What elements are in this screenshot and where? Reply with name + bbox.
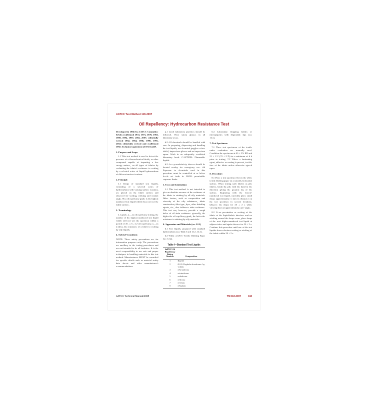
table-title: Table I—Standard Test Liquids — [163, 244, 205, 247]
cell-rating: 8 — [163, 284, 177, 288]
viewer-canvas: AATCC Test Method 118-2007 Oil Repellenc… — [0, 0, 368, 420]
paragraph: 5.1 This test method is not intended to … — [163, 188, 205, 221]
section-heading-procedure: 8. Procedure — [210, 173, 252, 176]
document-page: AATCC Test Method 118-2007 Oil Repellenc… — [108, 104, 260, 310]
paragraph: 4.3 An eyewash/safety shower should be l… — [163, 164, 205, 182]
section-heading-purpose: 1. Purpose and Scope — [116, 151, 158, 154]
paragraph: 3.1 grade, n.—in oil repellency testing,… — [116, 214, 158, 232]
table-header-rating: AATCC Oil Repellency Rating Number — [163, 248, 177, 259]
cell-composition: n-heptane — [177, 284, 205, 288]
footer-manual-name: AATCC Technical Manual/2008 — [116, 296, 149, 299]
column-right: 6.3 Laboratory dropping bottles or micro… — [210, 131, 252, 292]
paragraph: 6.3 Laboratory dropping bottles or micro… — [210, 131, 252, 140]
footer-method-number: TM 118-2007 — [227, 296, 241, 299]
text-columns: Developed in 1966 by AATCC Committee RA5… — [116, 131, 252, 292]
paragraph: 8.1 Place a test specimen flat on the wh… — [210, 177, 252, 210]
method-number-header: AATCC Test Method 118-2007 — [116, 113, 252, 116]
section-heading-specimens: 7. Test Specimens — [210, 142, 252, 145]
table-header-composition: Composition — [177, 248, 205, 259]
column-middle: 4.1 Good laboratory practices should be … — [163, 131, 205, 292]
safety-note-paragraph: NOTE: These safety precautions are for i… — [116, 238, 158, 268]
paragraph: 7.1 Three test specimens of the textile … — [210, 147, 252, 171]
paragraph: 1.1 This test method is used to detect t… — [116, 156, 158, 177]
paragraph: 4.2 All chemicals should be handled with… — [163, 141, 205, 162]
paragraph: 8.2 If no penetration or wetting of the … — [210, 212, 252, 236]
paragraph: 6.2 White AATCC Textile Blotting Paper (… — [163, 235, 205, 241]
footer-page-number: 193 — [248, 296, 252, 299]
section-heading-uses: 5. Uses and Limitations — [163, 184, 205, 187]
footer-right-group: TM 118-2007 193 — [227, 296, 252, 299]
paragraph: 6.1 Test liquids, prepared with standard… — [163, 228, 205, 234]
section-heading-principle: 2. Principle — [116, 179, 158, 182]
paragraph: 4.1 Good laboratory practices should be … — [163, 131, 205, 140]
page-title: Oil Repellency: Hydrocarbon Resistance T… — [116, 122, 252, 127]
table-row: 8 n-heptane — [163, 284, 205, 288]
section-heading-safety: 4. Safety Precautions — [116, 234, 158, 237]
paragraph: 2.1 Drops of standard test liquids, cons… — [116, 183, 158, 207]
section-heading-apparatus: 6. Apparatus and Materials (see 12.1) — [163, 224, 205, 227]
column-left: Developed in 1966 by AATCC Committee RA5… — [116, 131, 158, 292]
table-header-row: AATCC Oil Repellency Rating Number Compo… — [163, 248, 205, 259]
section-heading-terminology: 3. Terminology — [116, 209, 158, 212]
document-page-content: AATCC Test Method 118-2007 Oil Repellenc… — [108, 104, 260, 310]
test-liquids-table: AATCC Oil Repellency Rating Number Compo… — [163, 247, 205, 288]
page-footer: AATCC Technical Manual/2008 TM 118-2007 … — [116, 296, 252, 299]
development-history-paragraph: Developed in 1966 by AATCC Committee RA5… — [116, 131, 158, 149]
